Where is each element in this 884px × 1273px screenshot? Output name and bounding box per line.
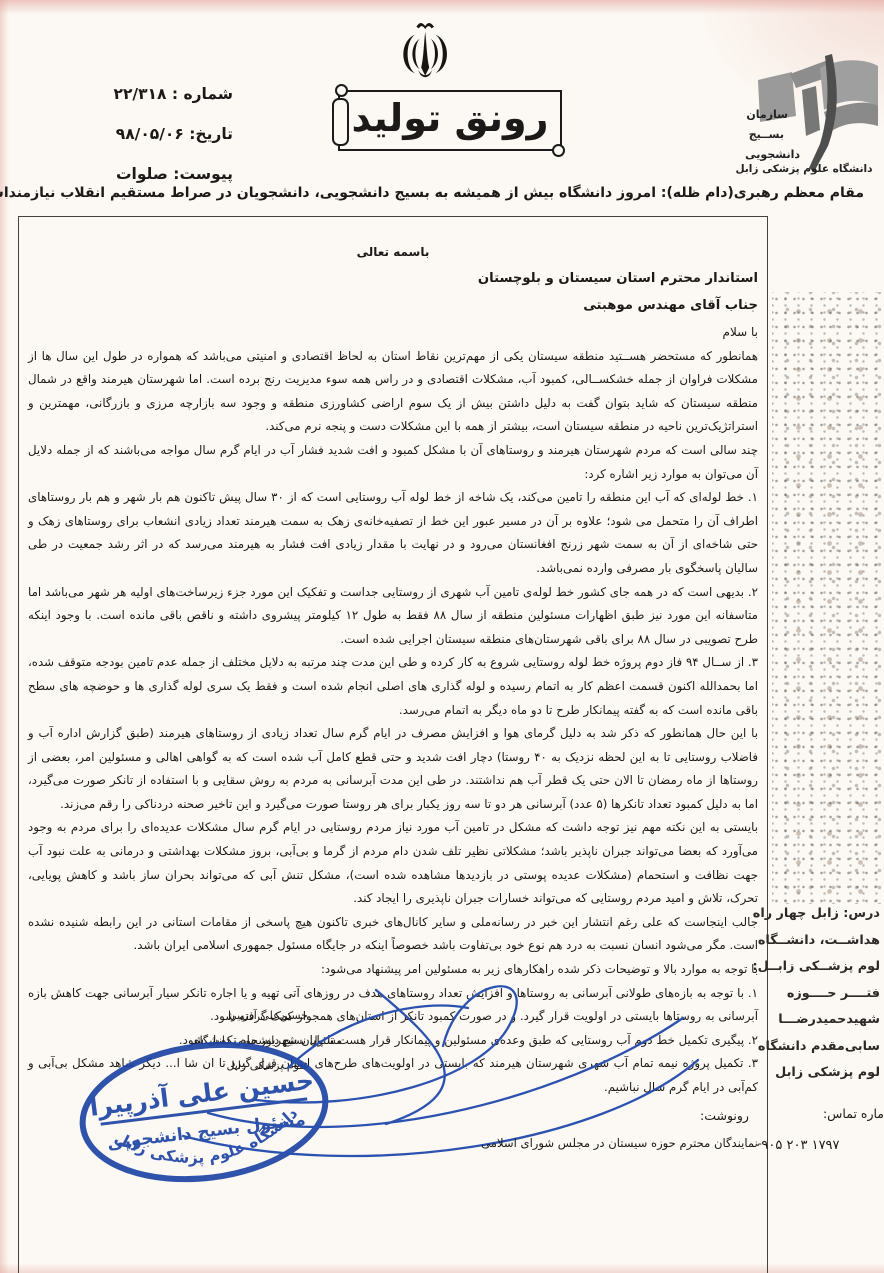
paragraph-1: همانطور که مستحضر هســتید منطقه سیستان ی…	[28, 345, 758, 439]
letter-meta-block: شماره : ۲۲/۳۱۸ تاریخ: ۹۸/۰۵/۰۶ پیوست: صل…	[35, 74, 233, 194]
paragraph-10: ۱. با توجه به بازه‌های طولانی آبرسانی به…	[28, 982, 758, 1029]
leader-quote: مقام معظم رهبری(دام ظله): امروز دانشگاه …	[22, 185, 864, 201]
org-caption: دانشگاه علوم پزشکی زابل	[732, 163, 876, 175]
address-line: لوم پزشــکی زابــل:	[772, 954, 880, 981]
address-block: درس: زابل چهار راه هداشــت، دانشــگاه لو…	[772, 901, 880, 1087]
signer-name: حسین‌علی آذرپیرا	[168, 1003, 368, 1028]
letter-number: شماره : ۲۲/۳۱۸	[35, 74, 233, 114]
banner-scroll-dot-top	[335, 84, 348, 97]
paragraph-9: با توجه به موارد بالا و توضیحات ذکر شده …	[28, 958, 758, 982]
salutation: با سلام	[28, 319, 758, 345]
contact-label: ماره تماس:	[800, 1106, 884, 1121]
banner-scroll-roll	[332, 98, 349, 146]
paragraph-5: ۳. از ســال ۹۴ فاز دوم پروژه خط لوله روس…	[28, 651, 758, 722]
scanned-letter-page: شماره : ۲۲/۳۱۸ تاریخ: ۹۸/۰۵/۰۶ پیوست: صل…	[0, 0, 884, 1273]
letter-number-value: ۲۲/۳۱۸	[114, 85, 167, 103]
paragraph-8: جالب اینجاست که علی رغم انتشار این خبر د…	[28, 911, 758, 958]
address-line: هداشــت، دانشــگاه	[772, 928, 880, 955]
official-stamp: حسین علی آذرپیرا مسئول بسیج دانشجویی دان…	[58, 1030, 350, 1194]
address-line: درس: زابل چهار راه	[772, 901, 880, 928]
letter-number-label: شماره :	[172, 85, 233, 103]
paragraph-7: بایستی به این نکته مهم نیز توجه داشت که …	[28, 816, 758, 910]
cc-line: -نمایندگان محترم حوزه سیستان در مجلس شور…	[470, 1136, 762, 1150]
iran-emblem-icon	[388, 22, 464, 86]
org-name-line1: سازمان	[746, 108, 788, 121]
letter-attachment-value: صلوات	[116, 165, 168, 183]
slogan-banner: رونق تولید	[338, 90, 562, 151]
paragraph-3: ۱. خط لوله‌ای که آب این منطقه را تامین م…	[28, 486, 758, 580]
address-line: فتــــر حــــوزه	[772, 981, 880, 1008]
letter-attachment-label: پیوست:	[173, 165, 233, 183]
cc-label: رونوشت:	[700, 1108, 760, 1123]
basij-logo: سازمان بســیج دانشجویی دانشگاه علوم پزشک…	[732, 50, 884, 182]
slogan-text: رونق تولید	[351, 96, 548, 140]
besmele: باسمه تعالی	[28, 241, 758, 265]
scan-noise-strip	[772, 292, 882, 904]
recipient-line2: جناب آقای مهندس موهبتی	[28, 292, 758, 319]
paragraph-6: با این حال همانطور که ذکر شد به دلیل گرم…	[28, 722, 758, 816]
banner-scroll-dot-bottom	[552, 144, 565, 157]
letter-date-label: تاریخ:	[189, 125, 233, 143]
recipient-line1: استاندار محترم استان سیستان و بلوچستان	[28, 265, 758, 292]
org-name-line3: دانشجویی	[745, 148, 800, 161]
letter-date: تاریخ: ۹۸/۰۵/۰۶	[35, 114, 233, 154]
paragraph-4: ۲. بدیهی است که در همه جای کشور خط لوله‌…	[28, 581, 758, 652]
address-line: شهیدحمیدرضـــا	[772, 1007, 880, 1034]
address-line: سابی‌مقدم دانشگاه	[772, 1034, 880, 1061]
paragraph-2: چند سالی است که مردم شهرستان هیرمند و رو…	[28, 439, 758, 486]
org-name-line2: بســیج	[749, 128, 784, 141]
letter-date-value: ۹۸/۰۵/۰۶	[116, 125, 184, 143]
address-line: لوم پزشکی زابل	[772, 1060, 880, 1087]
